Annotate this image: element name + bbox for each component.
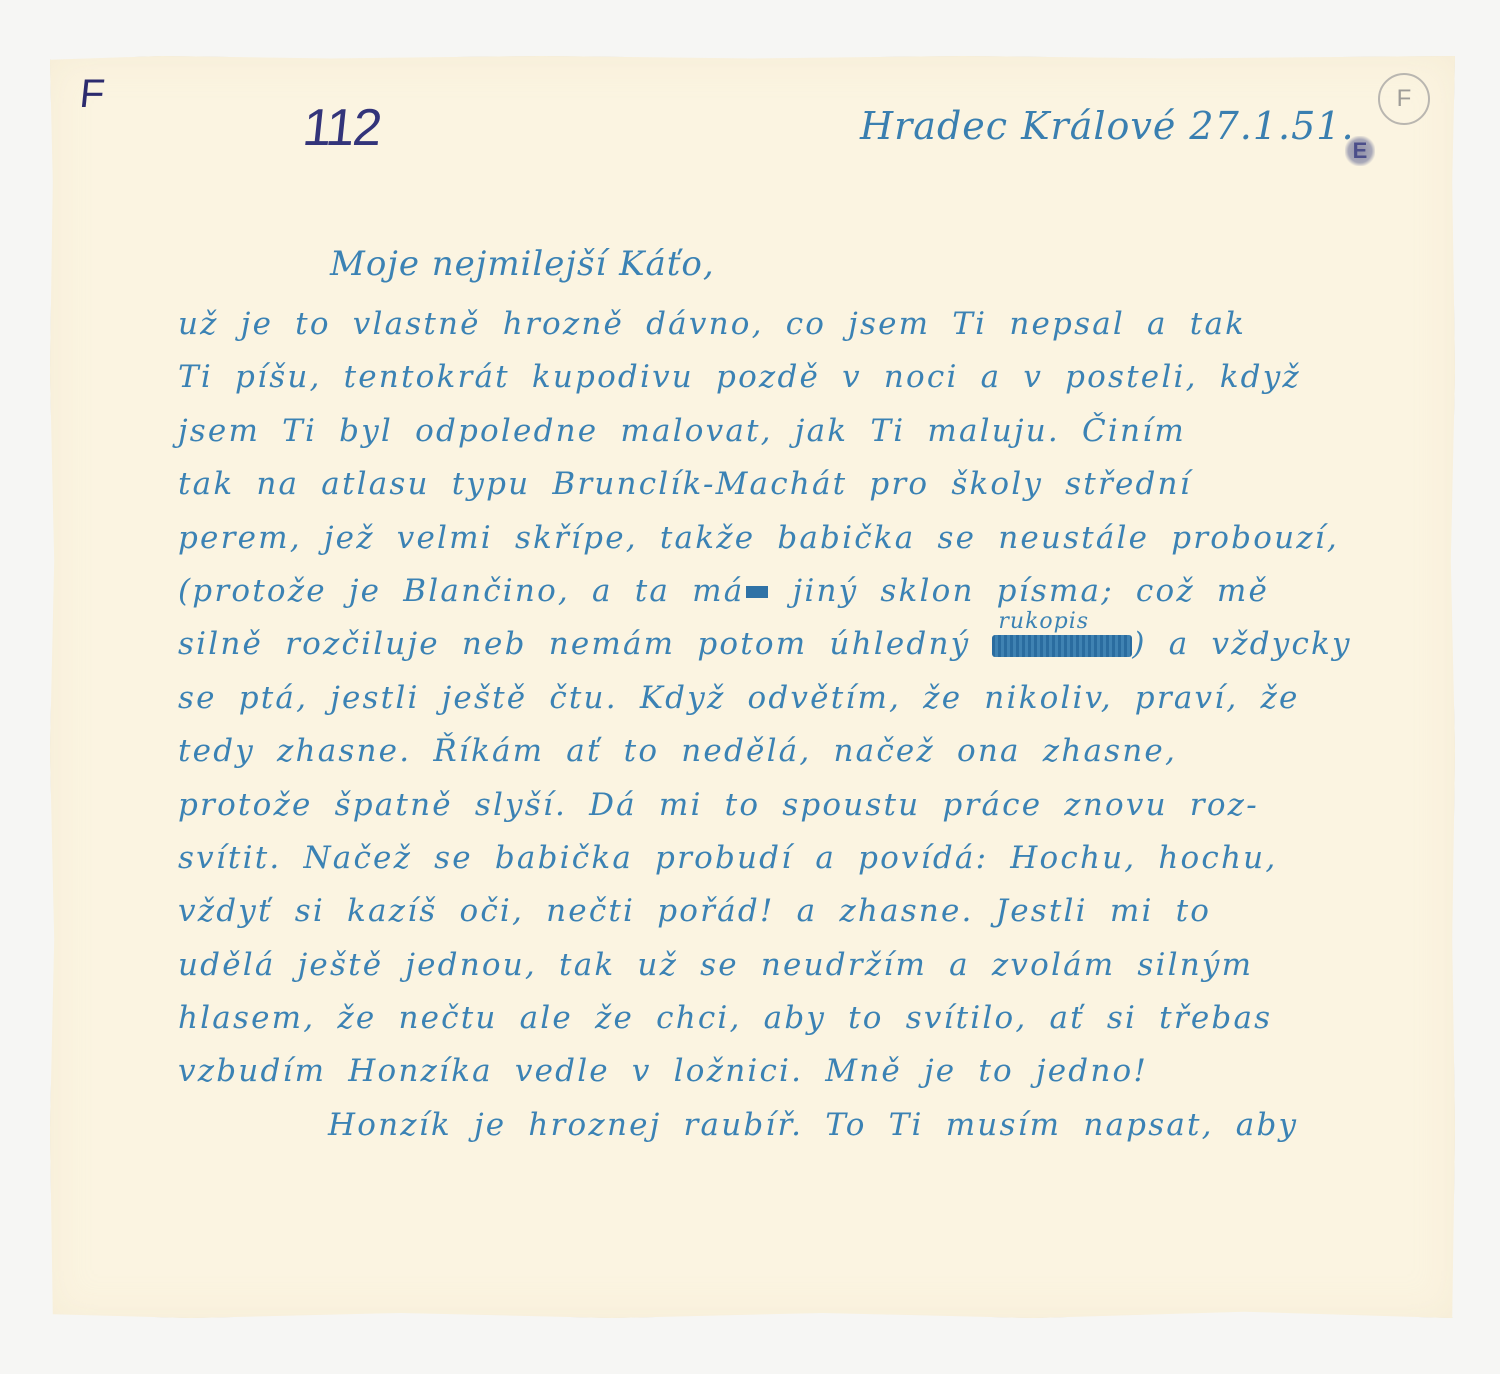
letter-line: tak na atlasu typu Brunclík-Machát pro š… [178, 458, 1398, 511]
letter-line: už je to vlastně hrozně dávno, co jsem T… [178, 298, 1398, 351]
line-text: silně rozčiluje neb nemám potom úhledný [178, 626, 970, 662]
letter-line: svítit. Načež se babička probudí a povíd… [178, 832, 1398, 885]
archive-mark: F [78, 72, 107, 117]
inserted-word: rukopis [998, 595, 1089, 648]
letter-body: Moje nejmilejší Káťo, už je to vlastně h… [178, 230, 1398, 1152]
scan-background: F 112 Hradec Králové 27.1.51. F E Moje n… [0, 0, 1500, 1374]
pencil-mark: E [1345, 136, 1375, 166]
pencil-mark-letter: E [1353, 138, 1368, 164]
letter-line: silně rozčiluje neb nemám potom úhledný … [178, 618, 1398, 671]
letter-line: udělá ještě jednou, tak už se neudržím a… [178, 939, 1398, 992]
line-text: (protože je Blančino, a ta má [178, 573, 744, 609]
circled-archive-mark: F [1378, 73, 1430, 125]
letter-line: protože špatně slyší. Dá mi to spoustu p… [178, 779, 1398, 832]
letter-line: hlasem, že nečtu ale že chci, aby to sví… [178, 992, 1398, 1045]
letter-line: Ti píšu, tentokrát kupodivu pozdě v noci… [178, 351, 1398, 404]
ink-blot-correction [746, 586, 768, 598]
letter-line: Honzík je hroznej raubíř. To Ti musím na… [178, 1099, 1398, 1152]
letter-line: perem, jež velmi skřípe, takže babička s… [178, 512, 1398, 565]
letter-line: jsem Ti byl odpoledne malovat, jak Ti ma… [178, 405, 1398, 458]
place-and-date: Hradec Králové 27.1.51. [860, 104, 1355, 148]
letter-line: vždyť si kazíš oči, nečti pořád! a zhasn… [178, 885, 1398, 938]
letter-line: se ptá, jestli ještě čtu. Když odvětím, … [178, 672, 1398, 725]
circled-mark-letter: F [1397, 85, 1412, 113]
letter-line: tedy zhasne. Říkám ať to nedělá, načež o… [178, 725, 1398, 778]
letter-line: vzbudím Honzíka vedle v ložnici. Mně je … [178, 1045, 1398, 1098]
crossed-out-word: rukopis [992, 635, 1132, 657]
salutation: Moje nejmilejší Káťo, [178, 230, 1398, 298]
line-text: ) a vždycky [1132, 626, 1351, 662]
page-number: 112 [300, 98, 383, 158]
letter-line: (protože je Blančino, a ta má jiný sklon… [178, 565, 1398, 618]
